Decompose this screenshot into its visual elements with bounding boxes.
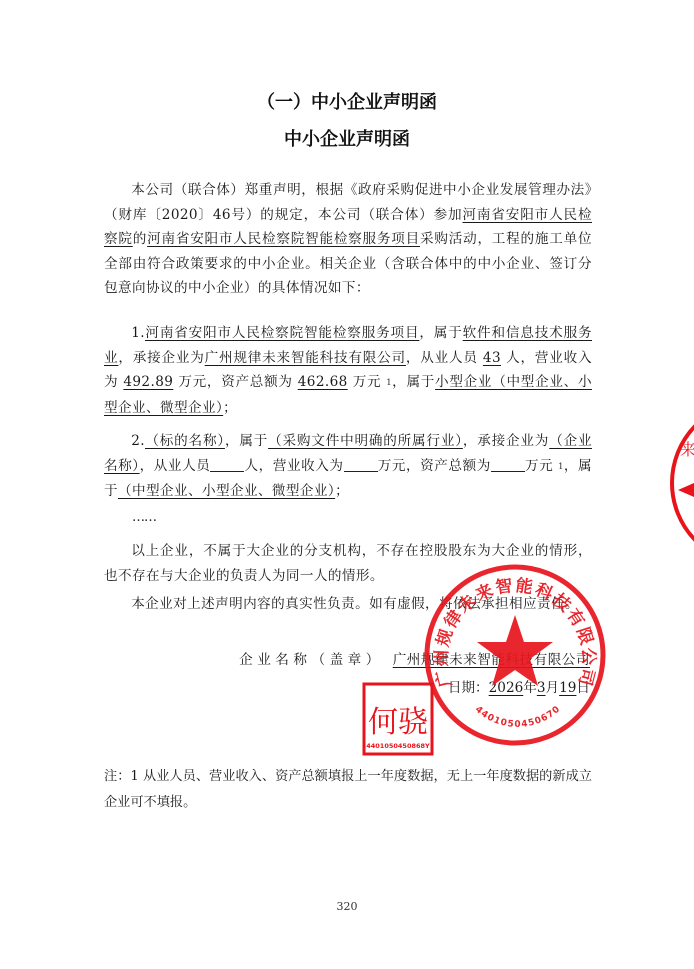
staff-blank bbox=[210, 457, 244, 472]
signature-company: 广州规律未来智能科技有限公司 bbox=[393, 652, 590, 668]
item-2-label: ，属于 bbox=[225, 433, 268, 449]
item-2-label: 人，营业收入为 bbox=[244, 458, 343, 474]
personal-seal-name: 何骁 bbox=[368, 705, 428, 740]
page-heading: （一）中小企业声明函 bbox=[0, 88, 694, 114]
svg-text:4401050450670: 4401050450670 bbox=[473, 704, 563, 730]
item-1-paragraph: 1.河南省安阳市人民检察院智能检察服务项目，属于软件和信息技术服务业，承接企业为… bbox=[104, 321, 592, 420]
edge-seal-icon: 来 bbox=[666, 395, 694, 570]
responsibility-paragraph: 本企业对上述声明内容的真实性负责。如有虚假，将依法承担相应责任。 bbox=[104, 592, 592, 617]
date-year: 2026 bbox=[489, 680, 524, 696]
item-2-enterprise-type: （中型企业、小型企业、微型企业） bbox=[118, 483, 335, 499]
assets-blank bbox=[491, 457, 525, 472]
signature-line: 企业名称（盖章） 广州规律未来智能科技有限公司 bbox=[239, 648, 590, 668]
item-1-contractor: 广州规律未来智能科技有限公司 bbox=[205, 350, 406, 366]
item-1-revenue: 492.89 bbox=[123, 374, 173, 390]
date-unit: 月 bbox=[546, 680, 560, 696]
statement-paragraph: 以上企业，不属于大企业的分支机构，不存在控股股东为大企业的情形，也不存在与大企业… bbox=[104, 539, 592, 588]
item-2-label: 万元 bbox=[525, 458, 553, 474]
statement-text: 以上企业，不属于大企业的分支机构，不存在控股股东为大企业的情形，也不存在与大企业… bbox=[104, 539, 592, 588]
date-month: 3 bbox=[537, 680, 546, 696]
item-1-number: 1. bbox=[131, 325, 145, 341]
item-2-subject: （标的名称） bbox=[145, 433, 225, 449]
item-2-label: 万元，资产总额为 bbox=[378, 458, 491, 474]
item-1-staff: 43 bbox=[483, 350, 501, 366]
signature-label: 企业名称（盖章） bbox=[239, 652, 384, 668]
item-1-label: ，属于 bbox=[392, 374, 435, 390]
date-day: 19 bbox=[559, 680, 576, 696]
date-unit: 年 bbox=[523, 680, 537, 696]
intro-text-2: 的 bbox=[133, 231, 147, 247]
date-label: 日期： bbox=[448, 680, 489, 696]
intro-paragraph: 本公司（联合体）郑重声明，根据《政府采购促进中小企业发展管理办法》（财库〔202… bbox=[104, 178, 592, 301]
item-2-label: ，承接企业为 bbox=[463, 433, 549, 449]
page-number: 320 bbox=[0, 900, 694, 913]
item-1-label: ，从业人员 bbox=[406, 350, 478, 366]
item-1-end: ； bbox=[223, 400, 237, 416]
item-1-subject: 河南省安阳市人民检察院智能检察服务项目 bbox=[145, 325, 419, 341]
footnote: 注：1 从业人员、营业收入、资产总额填报上一年度数据，无上一年度数据的新成立企业… bbox=[104, 764, 592, 816]
item-1-label: ，属于 bbox=[419, 325, 462, 341]
item-1-assets: 462.68 bbox=[298, 374, 348, 390]
responsibility-text: 本企业对上述声明内容的真实性负责。如有虚假，将依法承担相应责任。 bbox=[104, 592, 592, 617]
item-1-label: ，承接企业为 bbox=[118, 350, 204, 366]
item-2-paragraph: 2.（标的名称），属于（采购文件中明确的所属行业），承接企业为（企业名称），从业… bbox=[104, 429, 592, 504]
revenue-blank bbox=[344, 457, 378, 472]
item-2-label: ，从业人员 bbox=[140, 458, 211, 474]
item-1-label: 万元，资产总额为 bbox=[178, 374, 292, 390]
ellipsis: …… bbox=[132, 510, 156, 525]
date-unit: 日 bbox=[576, 680, 590, 696]
item-1-label: 万元 bbox=[353, 374, 382, 390]
svg-text:来: 来 bbox=[680, 440, 694, 459]
item-2-end: ； bbox=[335, 483, 349, 499]
page-subheading: 中小企业声明函 bbox=[0, 125, 694, 151]
item-2-industry: （采购文件中明确的所属行业） bbox=[268, 433, 463, 449]
personal-seal-code: 4401050450868Y bbox=[366, 742, 430, 750]
item-2-number: 2. bbox=[131, 433, 145, 449]
personal-seal-icon: 何骁 4401050450868Y bbox=[362, 682, 434, 756]
date-line: 日期：2026年3月19日 bbox=[448, 676, 590, 696]
project-name: 河南省安阳市人民检察院智能检察服务项目 bbox=[147, 231, 420, 247]
document-page: （一）中小企业声明函 中小企业声明函 本公司（联合体）郑重声明，根据《政府采购促… bbox=[0, 0, 694, 969]
company-seal-code: 4401050450670 bbox=[473, 704, 563, 730]
